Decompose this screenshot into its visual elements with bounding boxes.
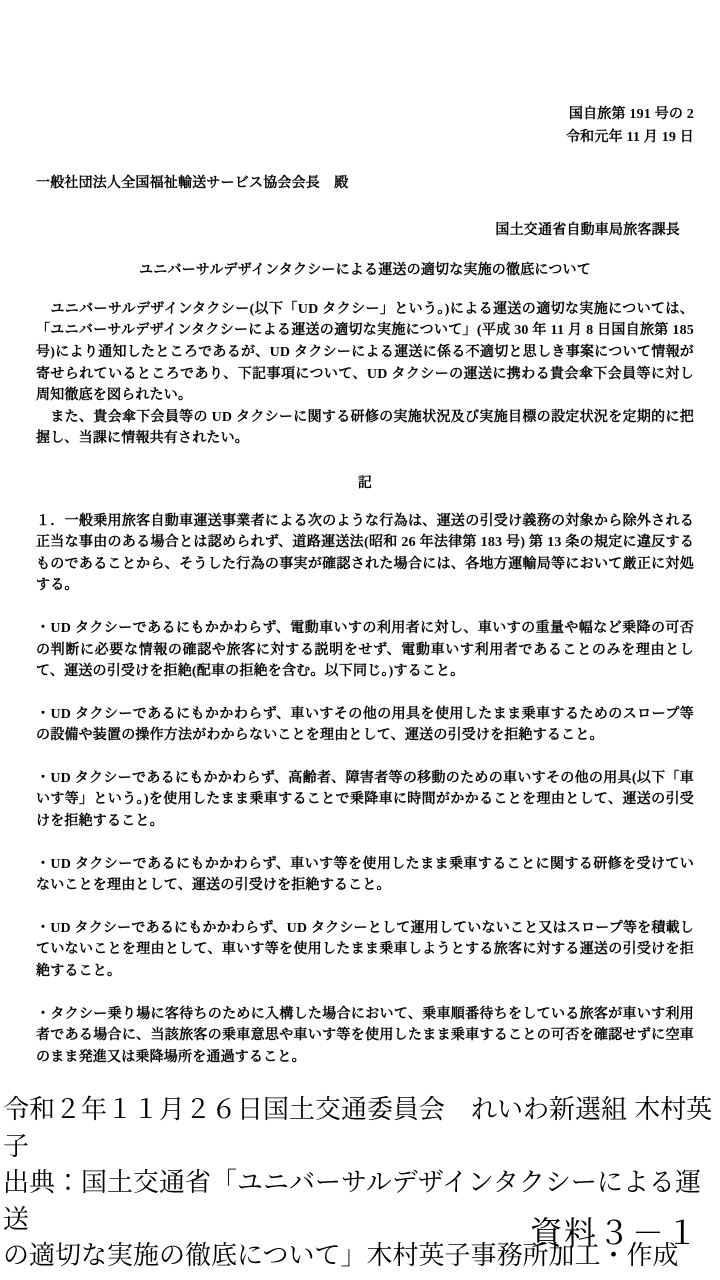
attachment-label: 資料３－１ bbox=[530, 1208, 700, 1254]
document-title: ユニバーサルデザインタクシーによる運送の適切な実施の徹底について bbox=[36, 260, 694, 282]
sender: 国土交通省自動車局旅客課長 bbox=[36, 220, 694, 242]
paragraph-1: ユニバーサルデザインタクシー(以下「UD タクシー」という。)による運送の適切な… bbox=[36, 299, 694, 407]
item-1: １．一般乗用旅客自動車運送事業者による次のような行為は、運送の引受け義務の対象か… bbox=[36, 511, 694, 597]
bullet-4: ・UD タクシーであるにもかかわらず、車いす等を使用したまま乗車することに関する… bbox=[36, 854, 694, 897]
addressee: 一般社団法人全国福祉輸送サービス協会会長 殿 bbox=[36, 173, 694, 195]
bullet-5: ・UD タクシーであるにもかかわらず、UD タクシーとして運用していないこと又は… bbox=[36, 918, 694, 983]
doc-date: 令和元年 11 月 19 日 bbox=[36, 127, 694, 150]
doc-number: 国自旅第 191 号の 2 bbox=[36, 104, 694, 127]
bullet-2: ・UD タクシーであるにもかかわらず、車いすその他の用具を使用したまま乗車するた… bbox=[36, 704, 694, 747]
bullet-1: ・UD タクシーであるにもかかわらず、電動車いすの利用者に対し、車いすの重量や幅… bbox=[36, 618, 694, 683]
bullet-6: ・タクシー乗り場に客待ちのために入構した場合において、乗車順番待ちをしている旅客… bbox=[36, 1004, 694, 1069]
record-marker: 記 bbox=[36, 473, 694, 495]
document-page: 国自旅第 191 号の 2 令和元年 11 月 19 日 一般社団法人全国福祉輸… bbox=[0, 0, 720, 1280]
bullet-3: ・UD タクシーであるにもかかわらず、高齢者、障害者等の移動のための車いすその他… bbox=[36, 768, 694, 833]
letter-body: 国自旅第 191 号の 2 令和元年 11 月 19 日 一般社団法人全国福祉輸… bbox=[36, 104, 694, 1068]
paragraph-2: また、貴会傘下会員等の UD タクシーに関する研修の実施状況及び実施目標の設定状… bbox=[36, 407, 694, 450]
doc-meta-block: 国自旅第 191 号の 2 令和元年 11 月 19 日 bbox=[36, 104, 694, 149]
caption-line-1: 令和２年１１月２６日国土交通委員会 れいわ新選組 木村英子 bbox=[3, 1091, 718, 1164]
